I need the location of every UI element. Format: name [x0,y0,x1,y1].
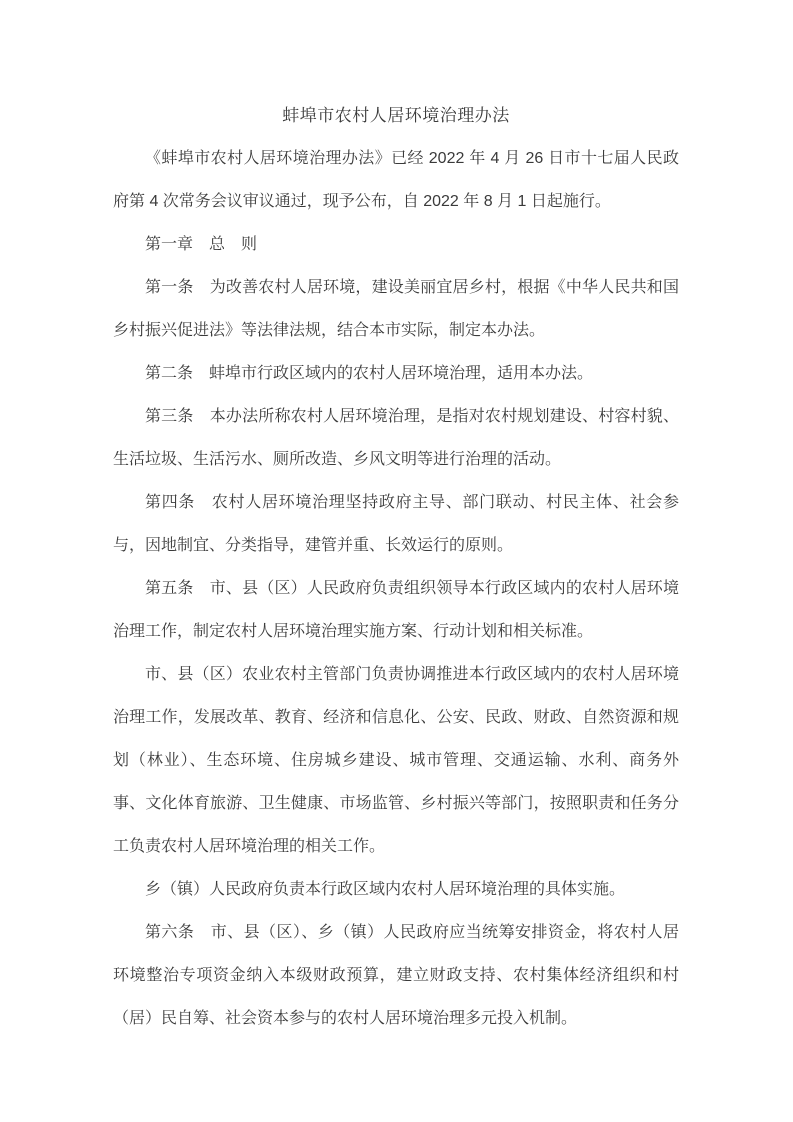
paragraph: 第四条 农村人居环境治理坚持政府主导、部门联动、村民主体、社会参与，因地制宜、分… [113,481,679,567]
paragraph: 乡（镇）人民政府负责本行政区域内农村人居环境治理的具体实施。 [113,868,679,911]
document-body: 《蚌埠市农村人居环境治理办法》已经 2022 年 4 月 26 日市十七届人民政… [113,137,679,1040]
document-page: 蚌埠市农村人居环境治理办法 《蚌埠市农村人居环境治理办法》已经 2022 年 4… [0,0,793,1122]
paragraph: 第一条 为改善农村人居环境，建设美丽宜居乡村，根据《中华人民共和国乡村振兴促进法… [113,266,679,352]
paragraph: 第六条 市、县（区）、乡（镇）人民政府应当统筹安排资金，将农村人居环境整治专项资… [113,911,679,1040]
paragraph: 市、县（区）农业农村主管部门负责协调推进本行政区域内的农村人居环境治理工作，发展… [113,653,679,868]
paragraph: 第二条 蚌埠市行政区域内的农村人居环境治理，适用本办法。 [113,352,679,395]
paragraph: 第三条 本办法所称农村人居环境治理，是指对农村规划建设、村容村貌、生活垃圾、生活… [113,395,679,481]
paragraph: 第五条 市、县（区）人民政府负责组织领导本行政区域内的农村人居环境治理工作，制定… [113,567,679,653]
chapter-heading: 第一章 总 则 [113,223,679,266]
paragraph: 《蚌埠市农村人居环境治理办法》已经 2022 年 4 月 26 日市十七届人民政… [113,137,679,223]
document-title: 蚌埠市农村人居环境治理办法 [113,94,679,137]
